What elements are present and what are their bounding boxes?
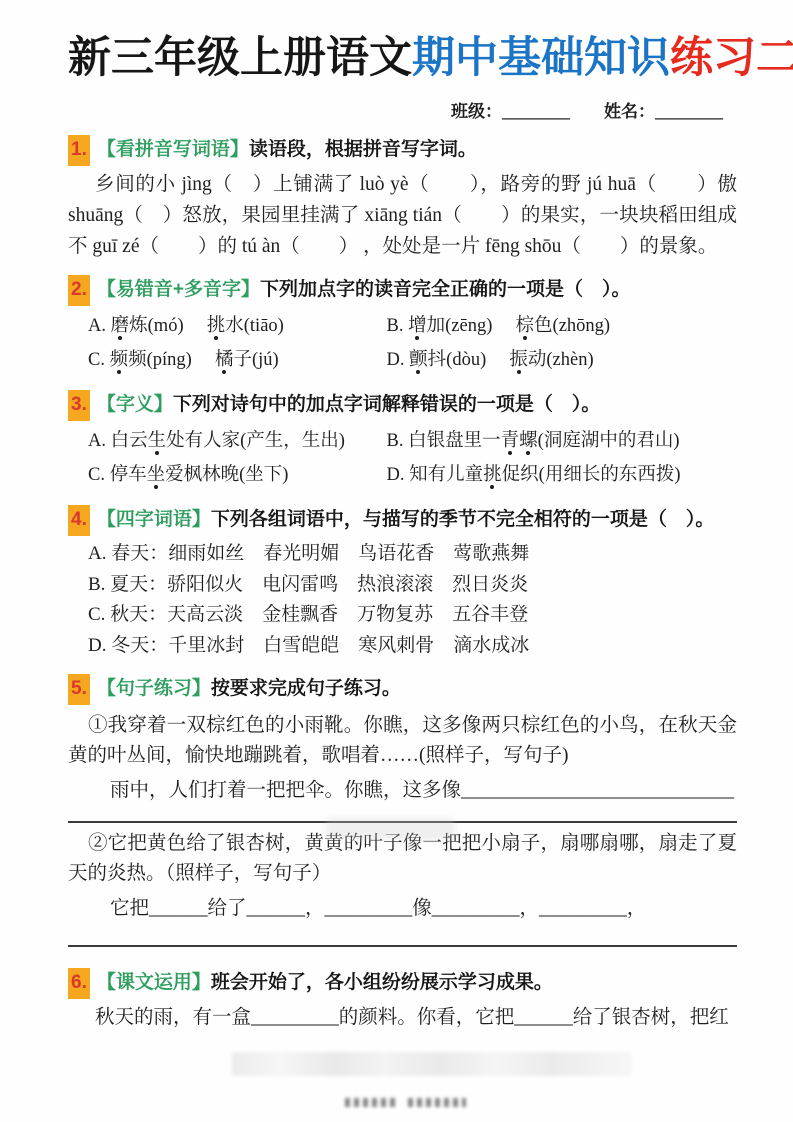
season-row-summer: B. 夏天：骄阳似火 电闪雷鸣 热浪滚滚 烈日炎炎 [88, 570, 737, 601]
class-field: 班级：________ [451, 102, 570, 121]
question-2: 2.【易错音+多音字】下列加点字的读音完全正确的一项是（ ）。 A. 磨炼(mó… [68, 275, 737, 377]
worksheet-page: 新三年级上册语文期中基础知识练习二 班级：________姓名：________… [0, 0, 793, 1122]
question-4: 4.【四字词语】下列各组词语中，与描写的季节不完全相符的一项是（ ）。 A. 春… [68, 505, 737, 661]
option-a: A. 白云生处有人家(产生，生出) [88, 424, 387, 458]
option-a: A. 磨炼(mó) 挑水(tiāo) [88, 309, 387, 343]
emphasis-dot-char: 挑 [207, 316, 226, 336]
emphasis-dot-char: 生 [148, 431, 167, 451]
question-5: 5.【句子练习】按要求完成句子练习。 ①我穿着一双棕红色的小雨靴。你瞧，这多像两… [68, 674, 737, 947]
question-5-number-badge: 5. [68, 674, 90, 705]
option-c: C. 停车坐爱枫林晚(坐下) [88, 458, 387, 492]
question-4-rows: A. 春天：细雨如丝 春光明媚 鸟语花香 莺歌燕舞 B. 夏天：骄阳似火 电闪雷… [68, 539, 737, 661]
emphasis-dot-char: 磨 [111, 316, 130, 336]
question-6-number-badge: 6. [68, 968, 90, 999]
option-d: D. 知有儿童挑促织(用细长的东西拨) [387, 458, 737, 492]
blurred-watermark-text [345, 1098, 399, 1107]
option-d: D. 颤抖(dòu) 振动(zhèn) [387, 343, 737, 377]
sentence-item-1-answer-line: 雨中，人们打着一把把伞。你瞧，这多像______________________… [68, 776, 737, 806]
page-title: 新三年级上册语文期中基础知识练习二 [68, 34, 737, 83]
name-field: 姓名：________ [604, 102, 723, 121]
question-5-category-tag: 【句子练习】 [97, 678, 211, 699]
question-6-category-tag: 【课文运用】 [97, 972, 211, 993]
question-2-number-badge: 2. [68, 275, 90, 306]
question-4-prompt: 下列各组词语中，与描写的季节不完全相符的一项是（ ）。 [211, 509, 715, 530]
question-5-header: 5.【句子练习】按要求完成句子练习。 [68, 674, 737, 705]
blurred-watermark-text [408, 1098, 466, 1107]
question-2-category-tag: 【易错音+多音字】 [97, 279, 260, 300]
question-1-category-tag: 【看拼音写词语】 [97, 139, 249, 160]
emphasis-dot-char: 挑 [483, 465, 502, 485]
option-b: B. 增加(zēng) 棕色(zhōng) [387, 309, 737, 343]
question-4-category-tag: 【四字词语】 [97, 509, 211, 530]
question-3-category-tag: 【字义】 [97, 394, 173, 415]
question-6-prompt: 班会开始了，各小组纷纷展示学习成果。 [211, 972, 553, 993]
question-2-prompt: 下列加点字的读音完全正确的一项是（ ）。 [260, 279, 631, 300]
question-5-prompt: 按要求完成句子练习。 [211, 678, 401, 699]
emphasis-dot-char: 增 [408, 316, 427, 336]
sentence-item-1-text: ①我穿着一双棕红色的小雨靴。你瞧，这多像两只棕红色的小鸟，在秋天金黄的叶丛间，愉… [68, 711, 737, 771]
question-1-paragraph: 乡间的小 jìng（ ）上铺满了 luò yè（ ），路旁的野 jú huā（ … [68, 169, 737, 262]
question-1-header: 1.【看拼音写词语】读语段，根据拼音写字词。 [68, 135, 737, 166]
season-row-winter: D. 冬天：千里冰封 白雪皑皑 寒风刺骨 滴水成冰 [88, 631, 737, 662]
question-1-prompt: 读语段，根据拼音写字词。 [249, 139, 477, 160]
question-4-header: 4.【四字词语】下列各组词语中，与描写的季节不完全相符的一项是（ ）。 [68, 505, 737, 536]
section-divider [68, 945, 737, 947]
emphasis-dot-char: 颤 [409, 350, 428, 370]
title-part-black: 新三年级上册语文 [68, 34, 412, 82]
question-3-prompt: 下列对诗句中的加点字词解释错误的一项是（ ）。 [173, 394, 601, 415]
question-6-text: 秋天的雨，有一盒_________的颜料。你看，它把______给了银杏树，把红 [68, 1002, 737, 1033]
blurred-watermark-strip [232, 1052, 632, 1076]
title-part-red: 练习二 [670, 34, 793, 82]
emphasis-dot-char: 棕 [516, 316, 535, 336]
question-3-number-badge: 3. [68, 390, 90, 421]
season-row-autumn: C. 秋天：天高云淡 金桂飘香 万物复苏 五谷丰登 [88, 600, 737, 631]
emphasis-dot-char: 螺 [519, 431, 538, 451]
emphasis-dot-char: 频 [110, 350, 129, 370]
emphasis-dot-char: 振 [509, 350, 528, 370]
emphasis-dot-char: 坐 [147, 465, 166, 485]
title-part-blue: 期中基础知识 [412, 34, 670, 82]
sentence-item-2-answer-line: 它把______给了______，_________像_________，___… [68, 894, 737, 924]
question-4-number-badge: 4. [68, 505, 90, 536]
question-3: 3.【字义】下列对诗句中的加点字词解释错误的一项是（ ）。 A. 白云生处有人家… [68, 390, 737, 492]
emphasis-dot-char: 橘 [215, 350, 234, 370]
option-b: B. 白银盘里一青螺(洞庭湖中的君山) [387, 424, 737, 458]
question-6: 6.【课文运用】班会开始了，各小组纷纷展示学习成果。 秋天的雨，有一盒_____… [68, 968, 737, 1033]
option-c: C. 频频(píng) 橘子(jú) [88, 343, 387, 377]
emphasis-dot-char: 青 [501, 431, 520, 451]
question-6-header: 6.【课文运用】班会开始了，各小组纷纷展示学习成果。 [68, 968, 737, 999]
question-1: 1.【看拼音写词语】读语段，根据拼音写字词。 乡间的小 jìng（ ）上铺满了 … [68, 135, 737, 262]
season-row-spring: A. 春天：细雨如丝 春光明媚 鸟语花香 莺歌燕舞 [88, 539, 737, 570]
question-2-header: 2.【易错音+多音字】下列加点字的读音完全正确的一项是（ ）。 [68, 275, 737, 306]
inline-watermark-smudge [326, 818, 454, 840]
question-1-number-badge: 1. [68, 135, 90, 166]
question-3-options: A. 白云生处有人家(产生，生出) B. 白银盘里一青螺(洞庭湖中的君山) C.… [68, 424, 737, 492]
question-2-options: A. 磨炼(mó) 挑水(tiāo) B. 增加(zēng) 棕色(zhōng)… [68, 309, 737, 377]
student-info-line: 班级：________姓名：________ [68, 97, 737, 122]
question-3-header: 3.【字义】下列对诗句中的加点字词解释错误的一项是（ ）。 [68, 390, 737, 421]
